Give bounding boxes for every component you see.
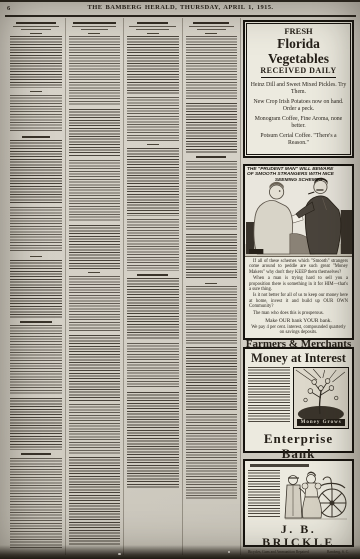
section-divider xyxy=(30,33,42,34)
money-grows-caption: Money Grows xyxy=(297,419,345,426)
greeked-paragraph xyxy=(186,36,238,100)
ad-column: FRESH Florida Vegetables RECEIVED DAILY … xyxy=(243,18,356,559)
scan-edge-bottom xyxy=(0,545,360,559)
subhead-bar xyxy=(197,29,226,30)
greeked-paragraph xyxy=(186,234,238,280)
greeked-paragraph xyxy=(127,392,179,488)
headline-bar xyxy=(73,22,116,24)
news-columns xyxy=(7,18,241,555)
greeked-paragraph xyxy=(127,97,179,141)
greeked-paragraph xyxy=(69,225,121,269)
masthead-row: 6 THE BAMBERG HERALD, THURSDAY, APRIL 1,… xyxy=(6,4,355,14)
bicycle-couple-illustration xyxy=(283,470,349,522)
delks-item: Monogram Coffee, Fine Aroma, none better… xyxy=(250,116,347,130)
prudent-man-cartoon: THE "PRUDENT MAN" WILL BEWARE OF SMOOTH … xyxy=(245,166,352,257)
delks-store-name: Delk's Market xyxy=(247,151,350,155)
money-grows-illustration: Money Grows xyxy=(293,367,349,429)
greeked-paragraph xyxy=(69,335,121,401)
section-divider xyxy=(88,33,100,34)
section-divider xyxy=(147,33,159,34)
greeked-paragraph xyxy=(127,148,179,216)
delks-fresh-line: FRESH xyxy=(247,27,350,36)
section-divider xyxy=(205,283,217,284)
subhead-bar xyxy=(22,136,50,138)
subhead-bar xyxy=(13,26,59,27)
brickle-ad-copy-greeked xyxy=(248,470,280,522)
farmers-paragraph: Is it not better for all of us to keep o… xyxy=(249,293,348,309)
greeked-paragraph xyxy=(10,95,62,133)
greeked-paragraph xyxy=(10,140,62,204)
greeked-paragraph xyxy=(186,286,238,344)
subhead-bar xyxy=(189,26,234,27)
greeked-paragraph xyxy=(127,343,179,389)
greeked-paragraph xyxy=(248,367,290,423)
delks-item: Heinz Dill and Sweet Mixed Pickles. Try … xyxy=(250,82,347,96)
greeked-paragraph xyxy=(127,219,179,271)
subhead-bar xyxy=(137,274,168,276)
subhead-bar xyxy=(21,29,51,30)
greeked-paragraph xyxy=(186,103,238,153)
scan-speckle xyxy=(228,551,230,553)
headline-bar xyxy=(137,22,168,24)
subhead-bar xyxy=(81,29,108,30)
cartoon-caption: THE "PRUDENT MAN" WILL BEWARE OF SMOOTH … xyxy=(247,167,350,183)
farmers-ad-copy: If all of these schemes which "Smooth" s… xyxy=(245,257,352,316)
headline-bar xyxy=(16,22,56,24)
headline-bar xyxy=(193,22,229,24)
news-column-4 xyxy=(183,18,242,555)
page-number: 6 xyxy=(7,5,10,12)
news-column-2 xyxy=(66,18,125,555)
enterprise-bank-ad: Money at Interest xyxy=(243,347,354,453)
farmers-paragraph: If all of these schemes which "Smooth" s… xyxy=(249,259,348,275)
delks-underline xyxy=(261,77,335,78)
greeked-paragraph xyxy=(69,276,121,332)
brickle-header-greeked xyxy=(250,464,309,467)
delks-item: New Crop Irish Potatoes now on hand. Ord… xyxy=(250,99,347,113)
subhead-bar xyxy=(129,26,176,27)
greeked-paragraph xyxy=(10,458,62,548)
greeked-paragraph xyxy=(69,109,121,157)
news-column-1 xyxy=(7,18,66,555)
greeked-paragraph xyxy=(186,347,238,411)
farmers-slogan: Make OUR bank YOUR bank. xyxy=(245,318,352,324)
brickle-ad: J. B. BRICKLE Bicycles, Guns and Ammunit… xyxy=(243,459,354,547)
subhead-bar xyxy=(20,321,52,323)
subhead-bar xyxy=(72,26,116,27)
masthead-title: THE BAMBERG HERALD, THURSDAY, APRIL 1, 1… xyxy=(6,4,355,11)
newspaper-page-scan: { "page": { "number": "6", "masthead": "… xyxy=(0,0,360,559)
scan-speckle xyxy=(118,553,121,555)
greeked-paragraph xyxy=(186,414,238,500)
news-column-3 xyxy=(124,18,183,555)
farmers-interest-note: We pay 4 per cent. interest, compounded … xyxy=(251,325,346,336)
masthead-rule xyxy=(5,15,356,17)
greeked-paragraph xyxy=(10,36,62,88)
section-divider xyxy=(205,33,217,34)
delks-item: Potsum Cerial Coffee. "There's a Reason.… xyxy=(250,133,347,147)
section-divider xyxy=(147,144,159,145)
greeked-paragraph xyxy=(186,161,238,231)
section-divider xyxy=(30,256,42,257)
delks-ad-frame: FRESH Florida Vegetables RECEIVED DAILY … xyxy=(246,23,351,155)
greeked-paragraph xyxy=(69,404,121,454)
bicycle-drawing xyxy=(283,470,349,522)
greeked-paragraph xyxy=(248,470,280,518)
section-divider xyxy=(30,91,42,92)
enterprise-headline: Money at Interest xyxy=(245,351,352,365)
greeked-paragraph xyxy=(69,160,121,222)
subhead-bar xyxy=(21,453,51,455)
farmers-paragraph: When a man is trying hard to sell you a … xyxy=(249,276,348,292)
farmers-merchants-bank-ad: THE "PRUDENT MAN" WILL BEWARE OF SMOOTH … xyxy=(243,164,354,340)
greeked-paragraph xyxy=(10,260,62,318)
subhead-bar xyxy=(196,156,226,158)
greeked-paragraph xyxy=(69,457,121,545)
greeked-paragraph xyxy=(69,36,121,106)
greeked-paragraph xyxy=(127,278,179,340)
greeked-paragraph xyxy=(127,36,179,94)
enterprise-ad-copy-greeked xyxy=(248,367,290,429)
enterprise-bank-name: Enterprise Bank xyxy=(245,431,352,461)
delks-title: Florida Vegetables xyxy=(247,36,350,66)
delks-market-ad: FRESH Florida Vegetables RECEIVED DAILY … xyxy=(243,20,354,158)
section-divider xyxy=(88,272,100,273)
enterprise-middle: Money Grows xyxy=(245,365,352,429)
caption-line-3: SEEMING SCHEMES xyxy=(247,178,350,183)
delks-received-daily: RECEIVED DAILY xyxy=(247,66,350,76)
brickle-middle xyxy=(245,470,352,522)
greeked-paragraph xyxy=(10,325,62,395)
greeked-paragraph xyxy=(10,398,62,450)
farmers-paragraph: The man who does this is prosperous. xyxy=(249,311,348,316)
greeked-paragraph xyxy=(10,207,62,253)
subhead-bar xyxy=(136,29,169,30)
